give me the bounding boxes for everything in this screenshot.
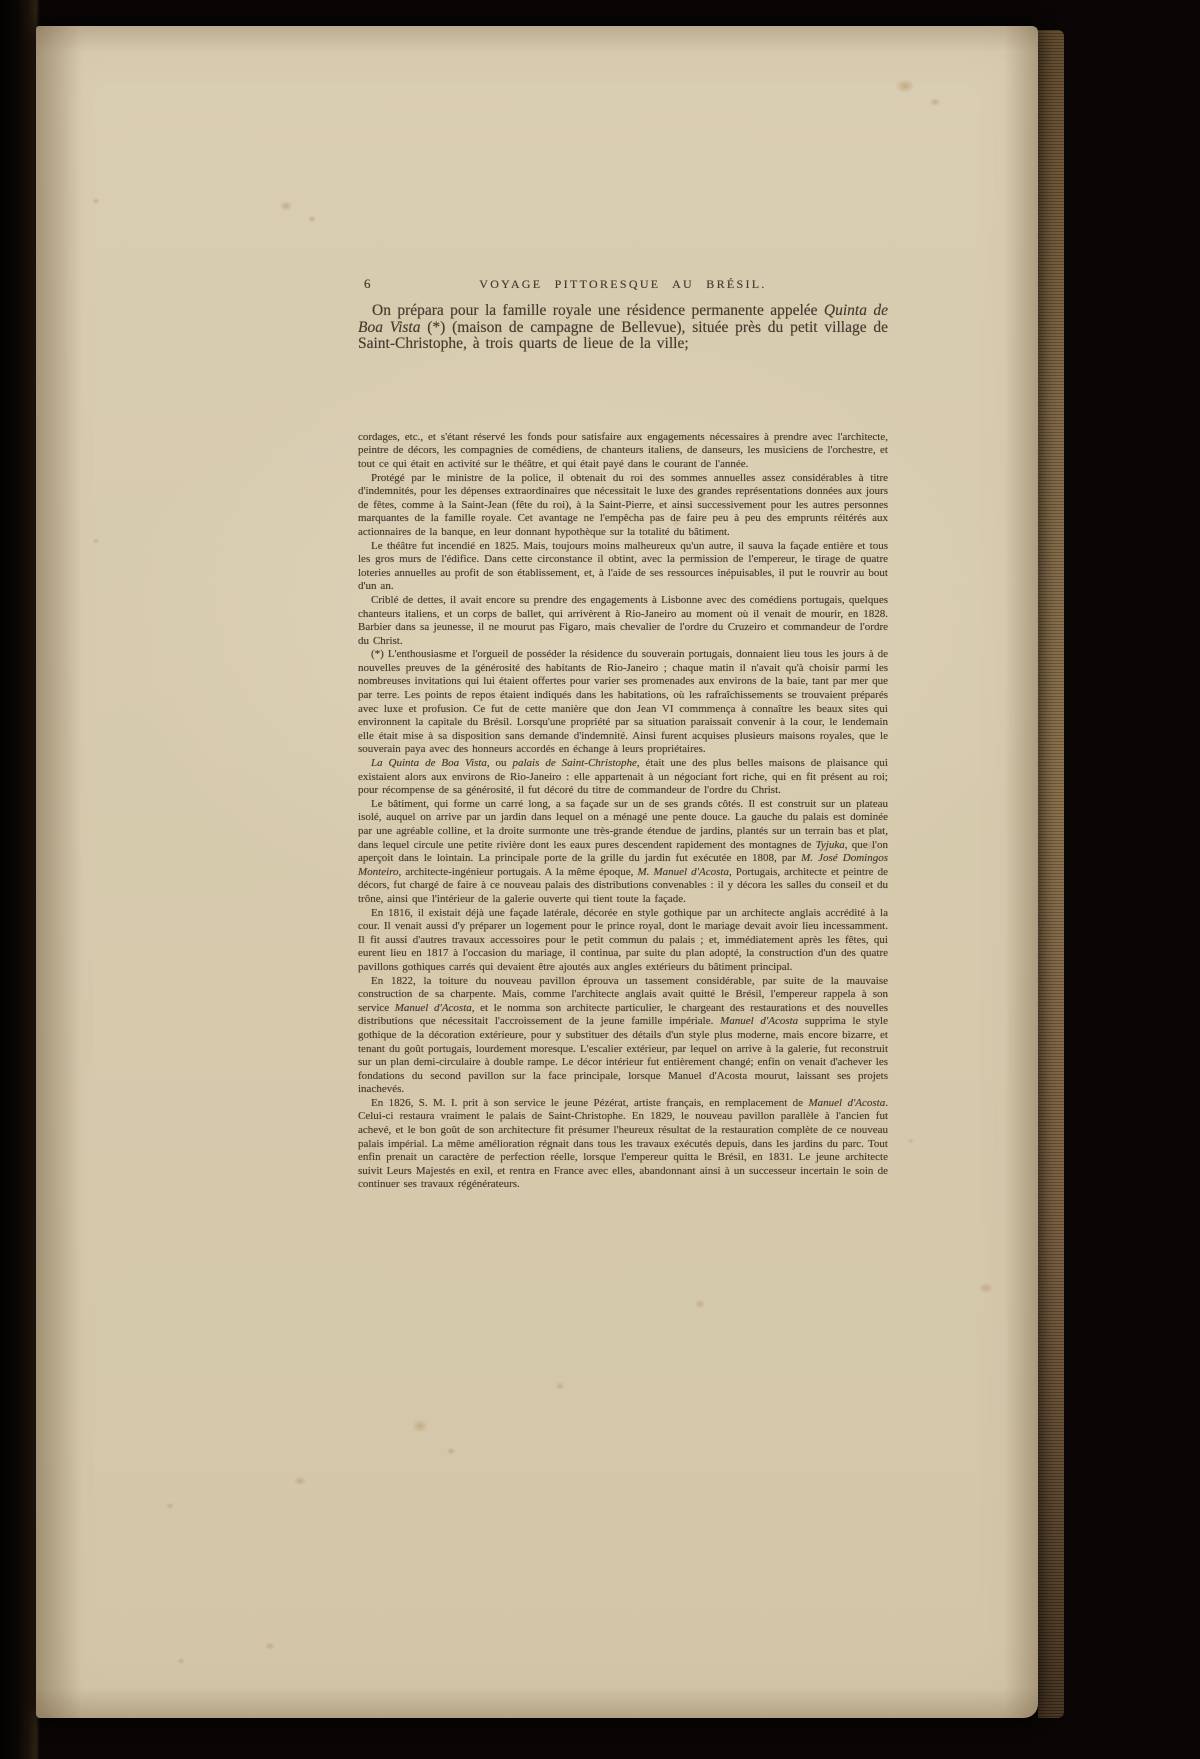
footnote-paragraph: (*) L'enthousiasme et l'orgueil de possé…: [358, 648, 888, 757]
text-run: Criblé de dettes, il avait encore su pre…: [358, 594, 888, 647]
text-run: , ou: [487, 757, 513, 769]
footnote-paragraph: En 1816, il existait déjà une façade lat…: [358, 907, 888, 975]
page-stack-edge: [1038, 30, 1064, 1718]
lead-paragraph: On prépara pour la famille royale une ré…: [358, 303, 888, 353]
text-run: Manuel d'Acosta: [808, 1097, 885, 1109]
text-run: En 1816, il existait déjà une façade lat…: [358, 907, 888, 973]
text-run: , architecte-ingénieur portugais. A la m…: [399, 866, 638, 878]
footnote-paragraph: La Quinta de Boa Vista, ou palais de Sai…: [358, 757, 888, 798]
book-page: 6 VOYAGE PITTORESQUE AU BRÉSIL. On prépa…: [36, 26, 1038, 1718]
footnote-paragraph: Le théâtre fut incendié en 1825. Mais, t…: [358, 540, 888, 594]
text-run: Tyjuka: [816, 839, 845, 851]
footnote-paragraph: En 1822, la toiture du nouveau pavillon …: [358, 975, 888, 1097]
book-photo-backdrop: 6 VOYAGE PITTORESQUE AU BRÉSIL. On prépa…: [0, 0, 1200, 1759]
text-run: palais de Saint-Christophe: [513, 757, 637, 769]
footnote-paragraph: Le bâtiment, qui forme un carré long, a …: [358, 798, 888, 907]
text-run: Manuel d'Acosta: [720, 1015, 798, 1027]
text-run: Protégé par le ministre de la police, il…: [358, 472, 888, 538]
footnote-paragraph: En 1826, S. M. I. prit à son service le …: [358, 1097, 888, 1192]
book-spine: [0, 0, 40, 1759]
text-run: La Quinta de Boa Vista: [371, 757, 487, 769]
footnote-paragraph: Criblé de dettes, il avait encore su pre…: [358, 594, 888, 648]
text-run: (*) (maison de campagne de Bellevue), si…: [358, 319, 888, 353]
text-run: cordages, etc., et s'étant réservé les f…: [358, 431, 888, 470]
running-title: VOYAGE PITTORESQUE AU BRÉSIL.: [358, 277, 888, 292]
text-run: (*) L'enthousiasme et l'orgueil de possé…: [358, 648, 888, 755]
text-run: Le bâtiment, qui forme un carré long, a …: [358, 798, 888, 851]
footnote-block: cordages, etc., et s'étant réservé les f…: [358, 431, 888, 1192]
footnote-paragraph: Protégé par le ministre de la police, il…: [358, 472, 888, 540]
text-run: En 1826, S. M. I. prit à son service le …: [371, 1097, 808, 1109]
text-run: Le théâtre fut incendié en 1825. Mais, t…: [358, 540, 888, 593]
text-run: Manuel d'Acosta: [395, 1002, 472, 1014]
page-header: 6 VOYAGE PITTORESQUE AU BRÉSIL.: [358, 276, 888, 292]
page-content: 6 VOYAGE PITTORESQUE AU BRÉSIL. On prépa…: [358, 276, 888, 1192]
text-run: M. Manuel d'Acosta: [638, 866, 729, 878]
text-run: . Celui-ci restaura vraiment le palais d…: [358, 1097, 888, 1191]
footnote-paragraph: cordages, etc., et s'étant réservé les f…: [358, 431, 888, 472]
text-run: On prépara pour la famille royale une ré…: [372, 302, 824, 319]
